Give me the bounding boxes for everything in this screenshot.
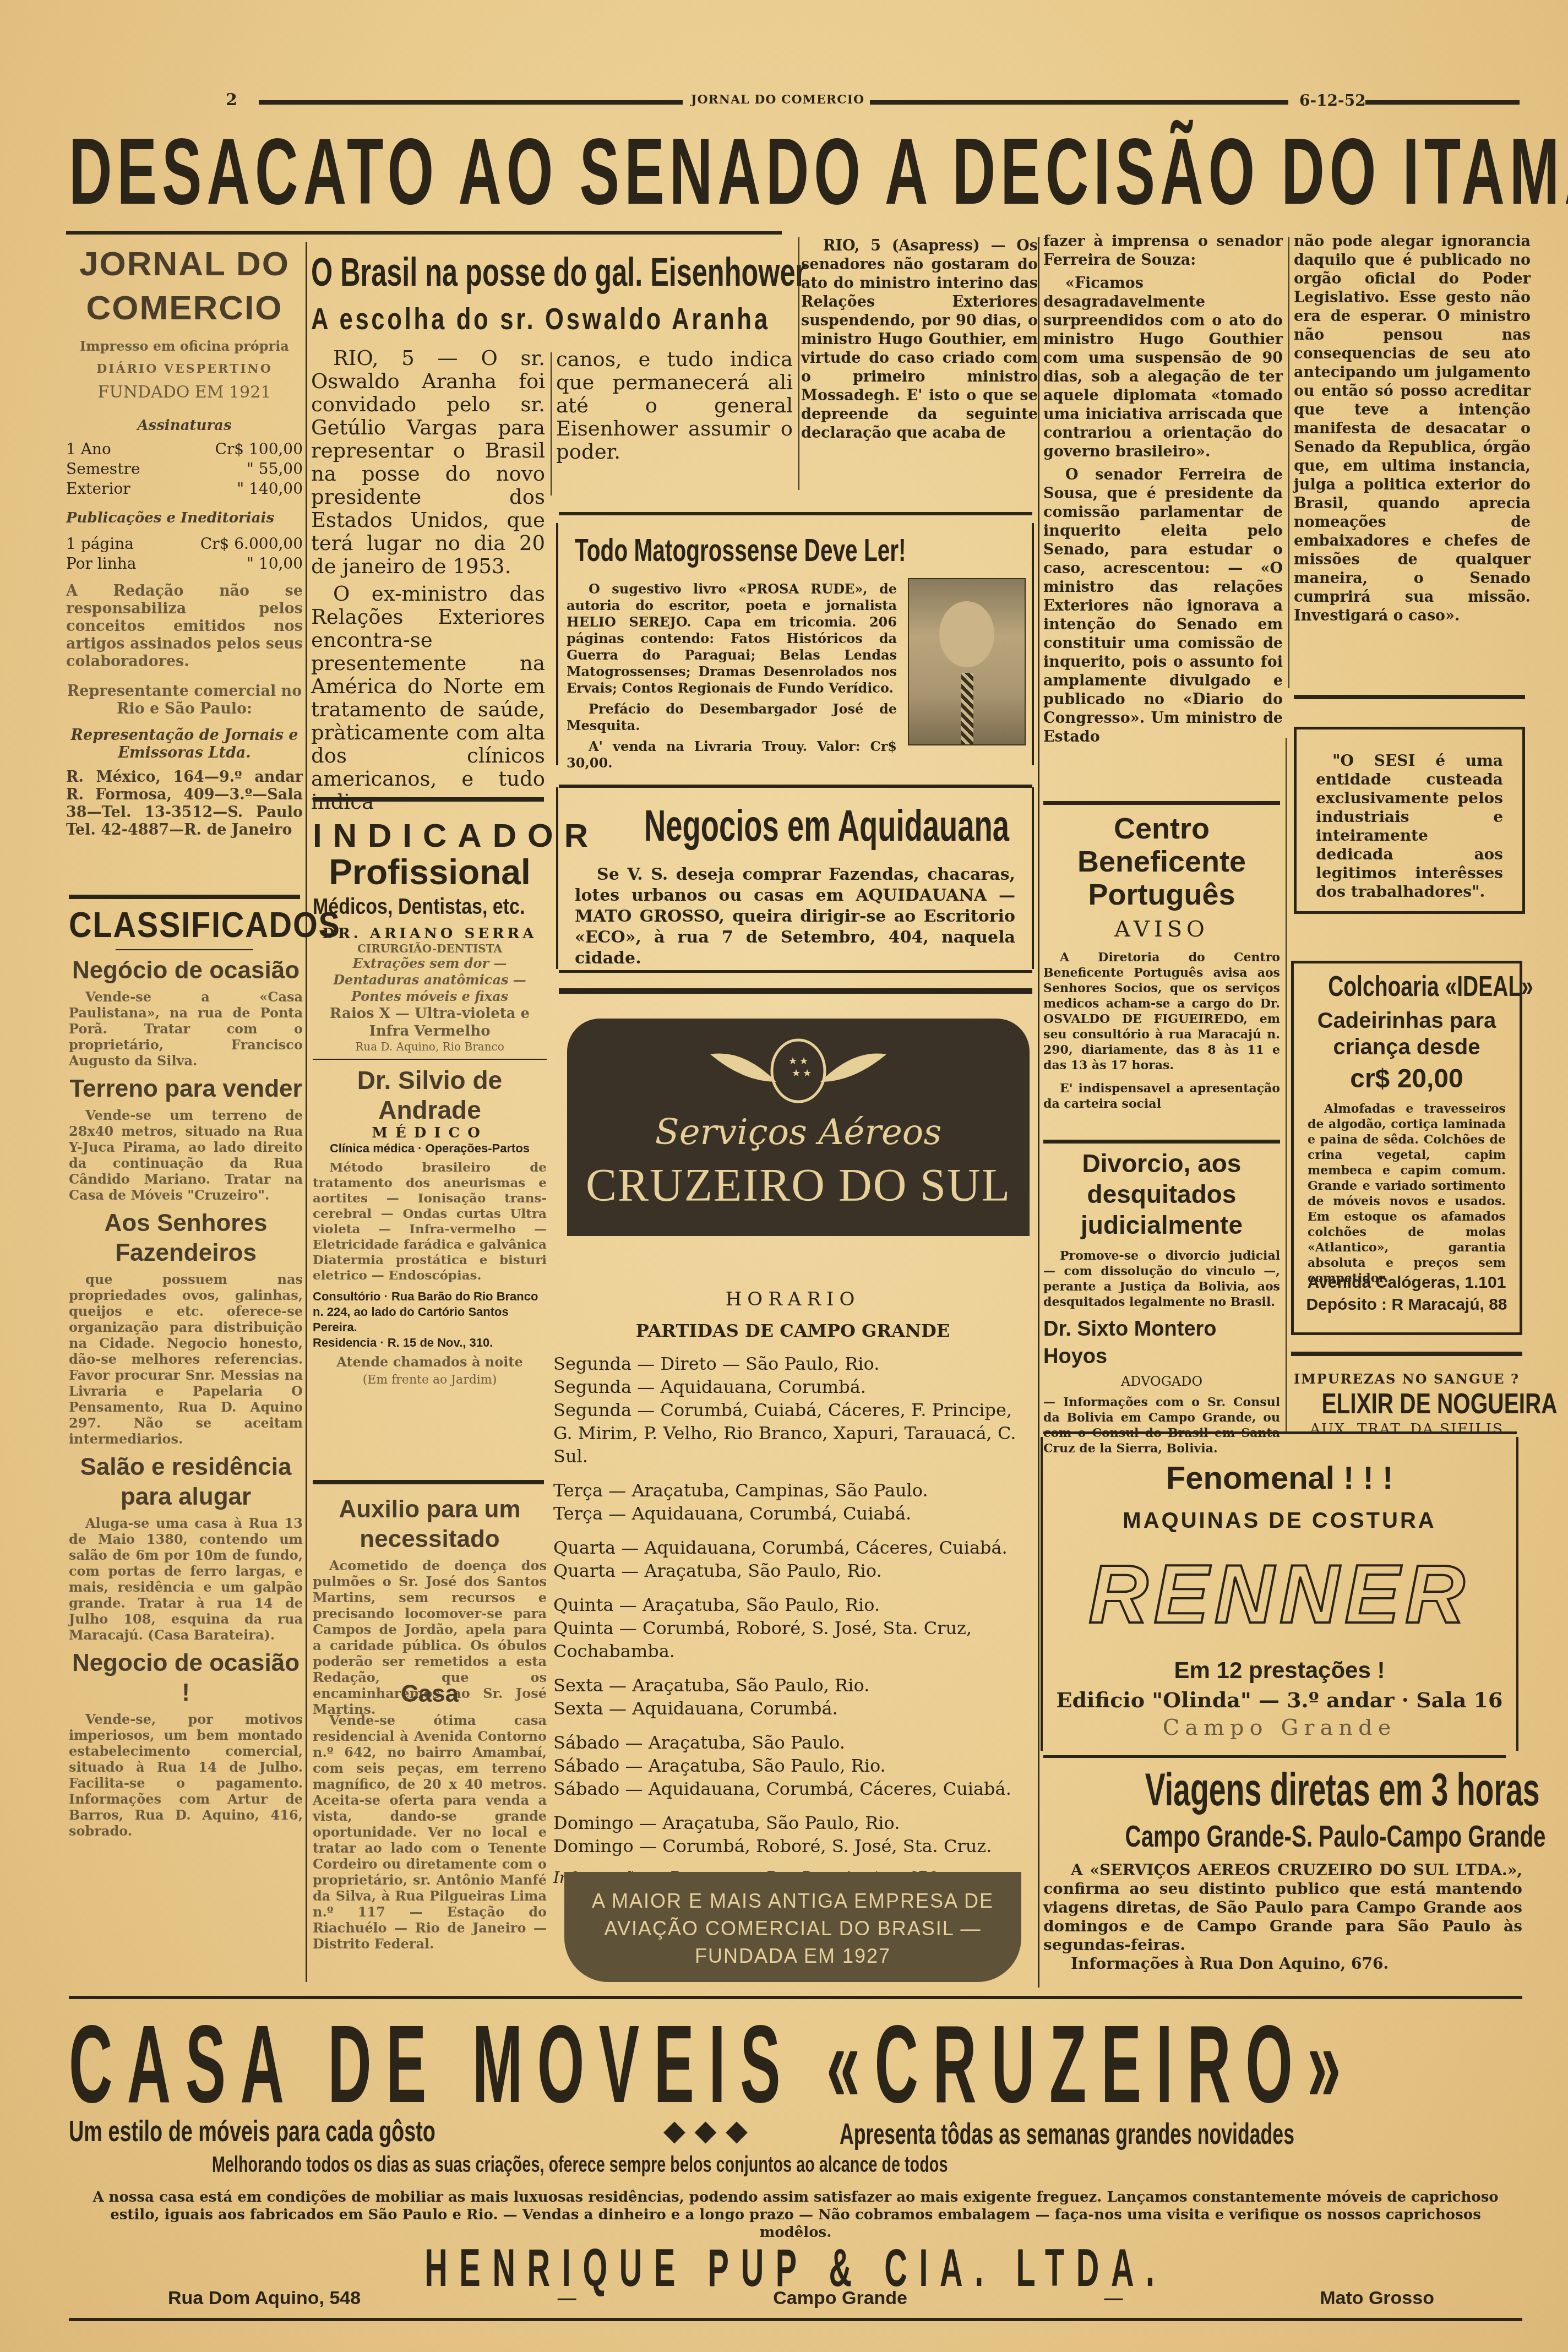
- rule: [69, 2318, 1522, 2321]
- schedule-day: Quarta: [553, 1537, 616, 1558]
- schedule-route: Aquidauana, Corumbá.: [660, 1376, 865, 1397]
- senate-article-col1: RIO, 5 (Asapress) — Os senadores não gos…: [801, 237, 1038, 447]
- lawyer-name: Dr. Sixto Montero Hoyos: [1043, 1315, 1280, 1370]
- classifieds-list: Negócio de ocasiãoVende-se a «Casa Pauli…: [69, 956, 303, 1839]
- rep-title: Representante comercial no Rio e São Pau…: [66, 683, 303, 718]
- author-portrait: [908, 578, 1026, 745]
- moveis-ornament-icon: ◆ ◆ ◆: [663, 2114, 748, 2147]
- dentist-role: CIRURGIÃO-DENTISTA: [313, 942, 547, 955]
- schedule-row: Terça — Araçatuba, Campinas, São Paulo.: [553, 1479, 1032, 1502]
- paper-info-column: JORNAL DO COMERCIO Impresso em oficina p…: [66, 242, 303, 839]
- aquidauana-ad: Negocios em Aquidauana Se V. S. deseja c…: [556, 787, 1034, 969]
- aquidauana-ad-body: Se V. S. deseja comprar Fazendas, chacar…: [575, 864, 1015, 969]
- schedule-row: Sexta — Araçatuba, São Paulo, Rio.: [553, 1674, 1032, 1697]
- rule: [1291, 1352, 1522, 1356]
- schedule-title: HORARIO: [553, 1288, 1032, 1310]
- schedule-separator: —: [634, 1836, 662, 1856]
- dentist-services: Extrações sem dor — Dentaduras anatômica…: [313, 955, 547, 1005]
- column-divider: [1288, 237, 1289, 688]
- schedule-separator: —: [634, 1812, 662, 1833]
- classified-body: Vende-se ótima casa residencial à Avenid…: [313, 1712, 547, 1952]
- renner-city: Campo Grande: [1043, 1715, 1516, 1740]
- paper-info-title: JORNAL DO COMERCIO: [66, 242, 303, 330]
- centro-note: E' indispensavel a apresentação da carte…: [1043, 1081, 1280, 1112]
- renner-product: MAQUINAS DE COSTURA: [1043, 1509, 1516, 1533]
- doctor-office: Consultório · Rua Barão do Rio Branco n.…: [313, 1289, 547, 1335]
- centro-title: Centro Beneficente Português: [1043, 812, 1280, 911]
- rule: [1043, 1140, 1280, 1144]
- schedule-gap: [553, 1663, 1032, 1674]
- column-divider: [798, 237, 799, 490]
- schedule-row: Domingo — Araçatuba, São Paulo, Rio.: [553, 1811, 1032, 1834]
- schedule-day: Segunda: [553, 1376, 631, 1397]
- moveis-footer: Rua Dom Aquino, 548 — Campo Grande — Mat…: [168, 2288, 1434, 2309]
- doctor-location: (Em frente ao Jardim): [313, 1373, 547, 1387]
- schedule-day: Terça: [553, 1503, 603, 1524]
- schedule-row: Domingo — Corumbá, Roboré, S. José, Sta.…: [553, 1834, 1032, 1858]
- paper-info-founded: FUNDADO EM 1921: [66, 383, 303, 402]
- masthead-rule-right: [870, 100, 1288, 105]
- schedule-gap: [553, 1468, 1032, 1479]
- directory-title: INDICADOR: [313, 818, 547, 854]
- schedule-row: Quarta — Aquidauana, Corumbá, Cáceres, C…: [553, 1536, 1032, 1559]
- schedule-separator: —: [603, 1503, 631, 1524]
- colchoaria-address2: Depósito : R Maracajú, 88: [1294, 1294, 1520, 1316]
- portrait-tie: [961, 673, 973, 744]
- masthead-rule-end: [1365, 100, 1520, 105]
- schedule-separator: —: [619, 1778, 648, 1799]
- rule: [559, 970, 1032, 973]
- masthead-paper-name: JORNAL DO COMERCIO: [691, 92, 864, 107]
- schedule-row: Terça — Aquidauana, Corumbá, Cuiabá.: [553, 1502, 1032, 1525]
- renner-ad: Fenomenal ! ! ! MAQUINAS DE COSTURA RENN…: [1041, 1437, 1518, 1751]
- classified-item: Aos Senhores Fazendeirosque possuem nas …: [69, 1208, 303, 1447]
- schedule-day: Quinta: [553, 1594, 614, 1615]
- schedule-route: Araçatuba, São Paulo.: [649, 1732, 845, 1753]
- schedule-gap: [553, 1800, 1032, 1811]
- svg-text:★: ★: [792, 1068, 801, 1079]
- schedule-day: Segunda: [553, 1353, 631, 1374]
- classified-item: Negocio de ocasião !Vende-se, por motivo…: [69, 1648, 303, 1839]
- schedule-day: Sábado: [553, 1755, 619, 1776]
- elixir-sub: AUX. TRAT. DA SIFILIS: [1288, 1421, 1525, 1438]
- rep-company: Representação de Jornais e Emissoras Ltd…: [66, 727, 303, 762]
- classified-item: Salão e residência para alugarAluga-se u…: [69, 1452, 303, 1643]
- eisenhower-article: O Brasil na posse do gal. Eisenhower A e…: [311, 248, 796, 338]
- viagens-title: Viagens diretas em 3 horas: [1145, 1762, 1540, 1817]
- doctor-role: MÉDICO: [313, 1125, 547, 1141]
- schedule-list: Segunda — Direto — São Paulo, Rio.Segund…: [553, 1352, 1032, 1858]
- rule: [313, 797, 544, 802]
- schedule-row: Sábado — Araçatuba, São Paulo, Rio.: [553, 1754, 1032, 1777]
- schedule-row: Sábado — Araçatuba, São Paulo.: [553, 1731, 1032, 1754]
- schedule-route: Aquidauana, Corumbá, Cáceres, Cuiabá.: [649, 1778, 1011, 1799]
- viagens-route: Campo Grande-S. Paulo-Campo Grande: [1125, 1817, 1546, 1855]
- schedule-separator: —: [614, 1618, 643, 1638]
- schedule-separator: —: [603, 1698, 632, 1719]
- classified-title: Auxilio para um necessitado: [313, 1495, 547, 1554]
- schedule-route: Corumbá, Roboré, S. José, Sta. Cruz.: [662, 1836, 992, 1856]
- schedule-row: Quinta — Corumbá, Roboré, S. José, Sta. …: [553, 1616, 1032, 1663]
- rule: [1294, 695, 1525, 699]
- directory-title-2: Profissional: [313, 854, 547, 890]
- classified-body: Aluga-se uma casa à Rua 13 de Maio 1380,…: [69, 1515, 303, 1643]
- viagens-info: Informações à Rua Don Aquino, 676.: [1043, 1954, 1522, 1973]
- schedule-route: Araçatuba, São Paulo, Rio.: [662, 1812, 900, 1833]
- masthead: 2 JORNAL DO COMERCIO 6-12-52: [66, 92, 1520, 109]
- rule: [1043, 1431, 1517, 1434]
- doctor-night: Atende chamados à noite: [313, 1354, 547, 1370]
- doctor-body: Método brasileiro de tratamento dos aneu…: [313, 1160, 547, 1283]
- article-title: O Brasil na posse do gal. Eisenhower: [311, 248, 650, 297]
- svg-text:★: ★: [799, 1055, 808, 1067]
- lawyer-role: ADVOGADO: [1043, 1374, 1280, 1389]
- classified-title: Terreno para vender: [69, 1074, 303, 1104]
- schedule-row: Sábado — Aquidauana, Corumbá, Cáceres, C…: [553, 1777, 1032, 1800]
- eisenhower-col2: canos, e tudo indica que permanecerá ali…: [556, 348, 793, 464]
- classifieds-title: CLASSIFICADOS: [69, 903, 280, 947]
- centro-heading: AVISO: [1043, 917, 1280, 942]
- classified-item: Negócio de ocasiãoVende-se a «Casa Pauli…: [69, 956, 303, 1069]
- elixir-name: ELIXIR DE NOGUEIRA: [1321, 1387, 1557, 1421]
- centro-beneficente-ad: Centro Beneficente Português AVISO A Dir…: [1043, 812, 1280, 1112]
- schedule-route: Aquidauana, Corumbá, Cáceres, Cuiabá.: [645, 1537, 1008, 1558]
- colchoaria-ad: Colchoaria «IDEAL» Cadeirinhas para cria…: [1291, 961, 1522, 1335]
- portrait-face: [939, 601, 994, 667]
- dentist-address: Rua D. Aquino, Rio Branco: [313, 1040, 547, 1053]
- schedule-route: Aquidauana, Corumbá, Cuiabá.: [631, 1503, 911, 1524]
- schedule-separator: —: [616, 1560, 644, 1581]
- schedule-route: Araçatuba, São Paulo, Rio.: [632, 1675, 869, 1696]
- schedule-route: Araçatuba, São Paulo, Rio.: [645, 1560, 882, 1581]
- schedule-row: Segunda — Corumbá, Cuiabá, Cáceres, F. P…: [553, 1398, 1032, 1468]
- schedule-route: Direto — São Paulo, Rio.: [660, 1353, 879, 1374]
- publication-row: 1 páginaCr$ 6.000,00: [66, 534, 303, 554]
- schedule-route: Araçatuba, São Paulo, Rio.: [643, 1594, 880, 1615]
- moveis-tagline-right: Apresenta tôdas as semanas grandes novid…: [840, 2117, 1294, 2151]
- sesi-quote-box: "O SESI é uma entidade custeada exclusiv…: [1294, 727, 1525, 914]
- rule: [559, 512, 1032, 515]
- classified-title: Negócio de ocasião: [69, 956, 303, 986]
- paper-info-edition: DIÁRIO VESPERTINO: [66, 362, 303, 376]
- elixir-question: IMPUREZAS NO SANGUE ?: [1288, 1371, 1525, 1387]
- classified-body: Vende-se um terreno de 28x40 metros, sit…: [69, 1107, 303, 1203]
- schedule-separator: —: [631, 1400, 660, 1420]
- rep-address: R. México, 164—9.º andar R. Formosa, 409…: [66, 769, 303, 839]
- schedule-route: Aquidauana, Corumbá.: [632, 1698, 837, 1719]
- senate-article-col2: fazer à imprensa o senador Ferreira de S…: [1043, 232, 1283, 751]
- rule: [559, 988, 1032, 994]
- winged-emblem-icon: ★ ★ ★ ★: [705, 1038, 892, 1104]
- divorce-body: Promove-se o divorcio judicial — com dis…: [1043, 1248, 1280, 1310]
- cruzeiro-banner-text: A MAIOR E MAIS ANTIGA EMPRESA DE AVIAÇÃO…: [586, 1887, 999, 1970]
- publications-table: 1 páginaCr$ 6.000,00 Por linha" 10,00: [66, 534, 303, 574]
- column-divider: [551, 352, 552, 496]
- elixir-ad: IMPUREZAS NO SANGUE ? ELIXIR DE NOGUEIRA…: [1288, 1371, 1525, 1438]
- colchoaria-title: Colchoaria «IDEAL»: [1328, 969, 1533, 1004]
- paper-info-subtitle: Impresso em oficina própria: [66, 338, 303, 354]
- classified-title: Casa: [313, 1679, 547, 1709]
- cruzeiro-logo-panel: ★ ★ ★ ★ Serviços Aéreos CRUZEIRO DO SUL: [567, 1019, 1030, 1236]
- schedule-separator: —: [614, 1594, 643, 1615]
- senate-article-col3: não pode alegar ignorancia daquilo que é…: [1294, 232, 1531, 625]
- publication-row: Por linha" 10,00: [66, 554, 303, 574]
- main-headline: DESACATO AO SENADO A DECISÃO DO ITAMARAT…: [69, 117, 999, 227]
- schedule-row: Quarta — Araçatuba, São Paulo, Rio.: [553, 1559, 1032, 1582]
- newspaper-page: 2 JORNAL DO COMERCIO 6-12-52 DESACATO AO…: [0, 0, 1568, 2352]
- flight-schedule: HORARIO PARTIDAS DE CAMPO GRANDE Segunda…: [553, 1288, 1032, 1887]
- classified-body: Vende-se, por motivos imperiosos, um bem…: [69, 1711, 303, 1839]
- classifieds: CLASSIFICADOS Negócio de ocasiãoVende-se…: [69, 903, 303, 1839]
- classified-title: Salão e residência para alugar: [69, 1452, 303, 1512]
- schedule-row: Segunda — Direto — São Paulo, Rio.: [553, 1352, 1032, 1375]
- rule: [69, 895, 300, 899]
- publications-title: Publicações e Ineditoriais: [66, 510, 303, 526]
- colchoaria-address1: Avenida Calógeras, 1.101: [1294, 1272, 1520, 1294]
- viagens-ad: Viagens diretas em 3 horas Campo Grande-…: [1043, 1762, 1522, 1973]
- moveis-line2: Melhorando todos os dias as suas criaçõe…: [212, 2153, 948, 2177]
- rule: [313, 1059, 547, 1060]
- viagens-body: A «SERVIÇOS AEREOS CRUZEIRO DO SUL LTDA.…: [1043, 1861, 1522, 1954]
- cruzeiro-script: Serviços Aéreos: [567, 1112, 1030, 1153]
- book-ad-title: Todo Matogrossense Deve Ler!: [575, 529, 906, 573]
- classified-title: Negocio de ocasião !: [69, 1648, 303, 1708]
- book-ad-body: O sugestivo livro «PROSA RUDE», de autor…: [567, 581, 897, 776]
- rule: [116, 949, 253, 950]
- doctor-specialty: Clínica médica · Operações-Partos: [313, 1141, 547, 1156]
- cruzeiro-name: CRUZEIRO DO SUL: [567, 1159, 1030, 1212]
- schedule-row: Sexta — Aquidauana, Corumbá.: [553, 1697, 1032, 1720]
- column-divider: [1286, 738, 1287, 1431]
- schedule-route: Araçatuba, São Paulo, Rio.: [649, 1755, 886, 1776]
- schedule-gap: [553, 1582, 1032, 1593]
- schedule-route: Araçatuba, Campinas, São Paulo.: [631, 1480, 928, 1501]
- subscription-row: 1 AnoCr$ 100,00: [66, 439, 303, 459]
- book-ad: Todo Matogrossense Deve Ler! O sugestivo…: [556, 523, 1034, 765]
- dentist-name: DR. ARIANO SERRA: [313, 925, 547, 942]
- professional-directory: INDICADOR Profissional Médicos, Dentista…: [313, 818, 547, 1387]
- rule-under-headline: [66, 231, 782, 235]
- editorial-disclaimer: A Redação não se responsabiliza pelos co…: [66, 582, 303, 671]
- renner-address: Edificio "Olinda" — 3.º andar · Sala 16: [1043, 1687, 1516, 1712]
- schedule-separator: —: [619, 1732, 648, 1753]
- schedule-separator: —: [603, 1675, 632, 1696]
- schedule-separator: —: [616, 1537, 644, 1558]
- schedule-gap: [553, 1720, 1032, 1731]
- aquidauana-ad-title: Negocios em Aquidauana: [644, 798, 1009, 853]
- masthead-date: 6-12-52: [1299, 91, 1366, 110]
- schedule-separator: —: [631, 1353, 660, 1374]
- divorce-title: Divorcio, aos desquitados judicialmente: [1043, 1148, 1280, 1240]
- classified-title: Aos Senhores Fazendeiros: [69, 1208, 303, 1268]
- masthead-rule-left: [259, 100, 683, 105]
- classified-item: CasaVende-se ótima casa residencial à Av…: [313, 1674, 547, 1952]
- divorce-ad: Divorcio, aos desquitados judicialmente …: [1043, 1148, 1280, 1456]
- moveis-body: A nossa casa está em condições de mobili…: [69, 2188, 1522, 2241]
- eisenhower-col1: RIO, 5 — O sr. Oswaldo Aranha foi convid…: [311, 347, 545, 818]
- centro-body: A Diretoria do Centro Beneficente Portug…: [1043, 950, 1280, 1073]
- schedule-row: Quinta — Araçatuba, São Paulo, Rio.: [553, 1593, 1032, 1616]
- schedule-day: Sexta: [553, 1698, 603, 1719]
- schedule-row: Segunda — Aquidauana, Corumbá.: [553, 1375, 1032, 1398]
- colchoaria-body: Almofadas e travesseiros de algodão, cor…: [1308, 1101, 1506, 1286]
- schedule-day: Domingo: [553, 1836, 634, 1856]
- cruzeiro-banner: A MAIOR E MAIS ANTIGA EMPRESA DE AVIAÇÃO…: [564, 1872, 1021, 1982]
- colchoaria-subtitle: Cadeirinhas para criança desde: [1299, 1008, 1514, 1060]
- schedule-day: Terça: [553, 1480, 603, 1501]
- renner-offer: Em 12 prestações !: [1043, 1657, 1516, 1684]
- renner-brand-logo: RENNER: [1043, 1547, 1516, 1641]
- classified-item: Terreno para venderVende-se um terreno d…: [69, 1074, 303, 1203]
- schedule-day: Sexta: [553, 1675, 603, 1696]
- sesi-quote: "O SESI é uma entidade custeada exclusiv…: [1316, 752, 1503, 901]
- dentist-extra: Raios X — Ultra-violeta e Infra Vermelho: [313, 1005, 547, 1040]
- rule: [69, 1996, 1522, 1999]
- rule: [1043, 801, 1280, 805]
- page-number: 2: [226, 90, 237, 110]
- schedule-gap: [553, 1525, 1032, 1536]
- schedule-day: Sábado: [553, 1732, 619, 1753]
- colchoaria-price: cr$ 20,00: [1294, 1064, 1520, 1095]
- rule: [1043, 1755, 1506, 1758]
- column-divider: [306, 242, 307, 1982]
- rule: [313, 1480, 544, 1484]
- subscriptions-table: 1 AnoCr$ 100,00 Semestre" 55,00 Exterior…: [66, 439, 303, 499]
- schedule-subtitle: PARTIDAS DE CAMPO GRANDE: [553, 1320, 1032, 1341]
- schedule-day: Sábado: [553, 1778, 619, 1799]
- schedule-day: Domingo: [553, 1812, 634, 1833]
- moveis-tagline-left: Um estilo de móveis para cada gôsto: [69, 2114, 435, 2148]
- schedule-day: Quarta: [553, 1560, 616, 1581]
- schedule-day: Quinta: [553, 1618, 614, 1638]
- classified-body: Vende-se a «Casa Paulistana», na rua de …: [69, 989, 303, 1069]
- svg-text:★: ★: [803, 1068, 812, 1079]
- doctor-residence: Residencia · R. 15 de Nov., 310.: [313, 1335, 547, 1351]
- article-subtitle: A escolha do sr. Oswaldo Aranha: [311, 300, 689, 338]
- casa-de-moveis-ad: CASA DE MOVEIS «CRUZEIRO» Um estilo de m…: [69, 2004, 1522, 2312]
- svg-text:★: ★: [788, 1055, 797, 1067]
- doctor-name: Dr. Silvio de Andrade: [313, 1065, 547, 1125]
- schedule-day: Segunda: [553, 1400, 631, 1420]
- schedule-separator: —: [619, 1755, 648, 1776]
- schedule-separator: —: [603, 1480, 631, 1501]
- schedule-separator: —: [631, 1376, 660, 1397]
- moveis-title: CASA DE MOVEIS «CRUZEIRO»: [69, 2004, 868, 2125]
- directory-subtitle: Médicos, Dentistas, etc.: [313, 892, 511, 921]
- column-divider: [1038, 237, 1039, 1988]
- subscription-row: Semestre" 55,00: [66, 459, 303, 479]
- subscription-row: Exterior" 140,00: [66, 479, 303, 499]
- renner-headline: Fenomenal ! ! !: [1043, 1459, 1516, 1498]
- subscriptions-title: Assinaturas: [66, 417, 303, 434]
- classified-body: que possuem nas propriedades ovos, galin…: [69, 1271, 303, 1447]
